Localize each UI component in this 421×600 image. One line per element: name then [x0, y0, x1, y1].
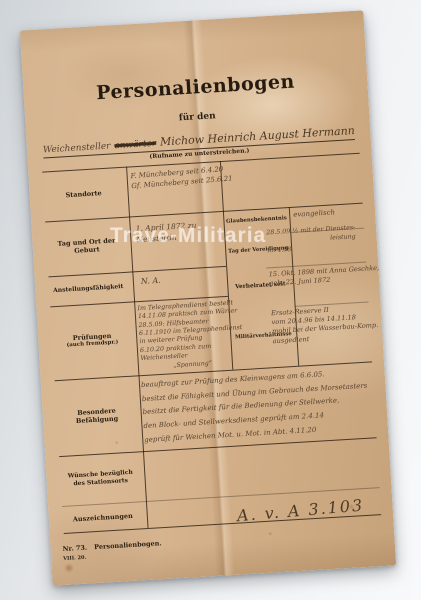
field-value-anstellung: N. A.: [141, 275, 162, 287]
field-label-standorte: Standorte: [43, 188, 123, 201]
field-label-pruefungen: Prüfungen (auch fremdspr.): [52, 331, 133, 351]
print-note: VIII. 20.: [63, 555, 86, 562]
photo-background: Personalienbogen für den Weichenstellera…: [0, 0, 421, 600]
document-paper: Personalienbogen für den Weichenstellera…: [20, 10, 396, 585]
field-label-wuensche: Wünsche bezüglich des Stationsorts: [58, 468, 143, 489]
form-name: Personalienbogen.: [94, 539, 162, 551]
field-value-vereidigung: 28.5.09 ½ mit der Dienstes- leistung m. …: [266, 224, 357, 256]
field-value-glauben: evangelisch: [293, 208, 335, 220]
name-prefix: Weichensteller: [43, 142, 111, 156]
form-number: Nr. 73.: [62, 544, 87, 553]
field-value-pruefungen: Im Telegraphendienst bestellt 14.11.08 p…: [137, 299, 244, 372]
page-title: Personalienbogen: [23, 66, 368, 108]
field-label-auszeichnungen: Auszeichnungen: [63, 511, 143, 524]
name-crossed-out: anwärter: [114, 139, 156, 151]
table-line: [48, 266, 226, 278]
field-label-anstellung: Anstellungsfähigkeit: [45, 283, 131, 296]
watermark: Trave-Militaria: [110, 224, 266, 248]
field-value-militaer: Ersatz-Reserve II vom 20.4.96 bis 14.11.…: [271, 303, 379, 346]
field-label-befaehigung: Besondere Befähigung: [56, 405, 137, 427]
field-value-befaehigung: beauftragt zur Prüfung des Kleinwagens a…: [141, 365, 379, 447]
field-value-standorte: F. Müncheberg seit 6.4.20 Gf. Müncheberg…: [130, 164, 233, 191]
handwritten-reference: A. v. A 3.103: [236, 495, 365, 525]
form-number-line: Nr. 73.Personalienbogen.: [62, 539, 161, 553]
field-value-verheiratet: 15. Okt. 1898 mit Anna Geschke, geb. 22.…: [268, 264, 379, 289]
